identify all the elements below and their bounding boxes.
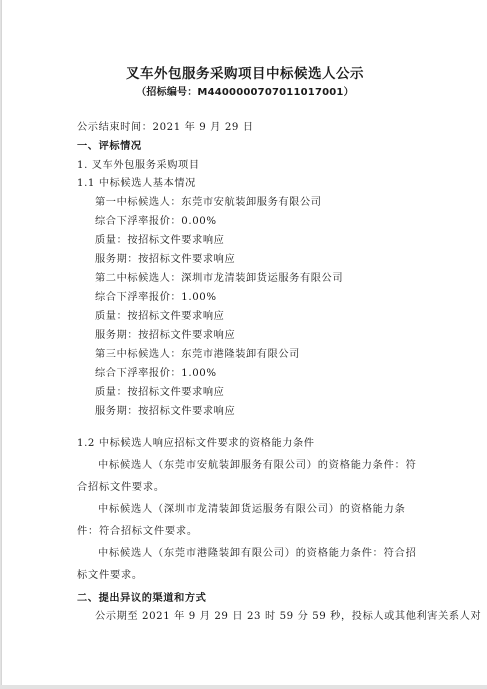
project-name: 1. 叉车外包服务采购项目 (77, 159, 200, 173)
qualification-2: 中标候选人（深圳市龙清装卸货运服务有限公司）的资格能力条件：符合招标文件要求。 (77, 499, 417, 543)
document-page: 叉车外包服务采购项目中标候选人公示 （招标编号：M440000070701101… (1, 0, 487, 685)
document-title: 叉车外包服务采购项目中标候选人公示 (2, 62, 487, 82)
qualification-1: 中标候选人（东莞市安航装卸服务有限公司）的资格能力条件：符合招标文件要求。 (77, 455, 417, 499)
candidate-3-quality: 质量：按招标文件要求响应 (95, 386, 224, 400)
candidate-1-quality: 质量：按招标文件要求响应 (95, 234, 224, 248)
candidate-1-service: 服务期：按招标文件要求响应 (95, 253, 235, 267)
candidate-3-price: 综合下浮率报价：1.00% (95, 367, 217, 381)
subsection-1-2-heading: 1.2 中标候选人响应招标文件要求的资格能力条件 (77, 437, 315, 451)
end-time: 公示结束时间：2021 年 9 月 29 日 (77, 121, 254, 135)
candidate-1-name: 第一中标候选人：东莞市安航装卸服务有限公司 (95, 196, 322, 210)
tender-number: （招标编号：M4400000707011017001） (2, 83, 487, 98)
candidate-2-price: 综合下浮率报价：1.00% (95, 291, 217, 305)
qualification-3: 中标候选人（东莞市港隆装卸有限公司）的资格能力条件：符合招标文件要求。 (77, 543, 417, 587)
candidate-2-service: 服务期：按招标文件要求响应 (95, 329, 235, 343)
subsection-1-1-heading: 1.1 中标候选人基本情况 (77, 177, 196, 191)
candidate-2-quality: 质量：按招标文件要求响应 (95, 310, 224, 324)
section1-heading: 一、评标情况 (77, 140, 142, 154)
candidate-3-service: 服务期：按招标文件要求响应 (95, 405, 235, 419)
section2-heading: 二、提出异议的渠道和方式 (77, 592, 206, 606)
section2-body: 公示期至 2021 年 9 月 29 日 23 时 59 分 59 秒，投标人或… (95, 610, 481, 624)
candidate-3-name: 第三中标候选人：东莞市港隆装卸有限公司 (95, 348, 300, 362)
candidate-2-name: 第二中标候选人：深圳市龙清装卸货运服务有限公司 (95, 272, 343, 286)
candidate-1-price: 综合下浮率报价：0.00% (95, 215, 217, 229)
